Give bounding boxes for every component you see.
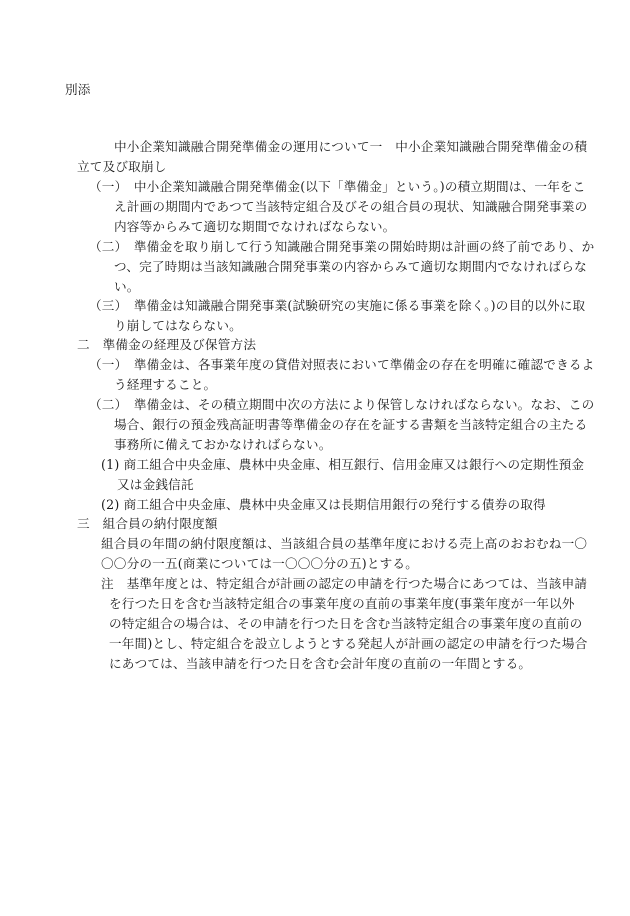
section2-item1-line2: う経理すること。 [114,375,216,395]
section3-note-line5: にあつては、当該申請を行つた日を含む会計年度の直前の一年間とする。 [109,654,531,674]
section3-body-line1: 組合員の年間の納付限度額は、当該組合員の基準年度における売上高のおおむね一〇 [101,534,587,554]
section2-sub2-line1: (2) 商工組合中央金庫、農林中央金庫又は長期信用銀行の発行する債券の取得 [101,495,546,515]
section3-note-line3: の特定組合の場合は、その申請を行つた日を含む当該特定組合の事業年度の直前の [109,614,582,634]
section1-item3-line2: り崩してはならない。 [114,316,242,336]
section2-item2-line2: 場合、銀行の預金残高証明書等準備金の存在を証する書類を当該特定組合の主たる [114,415,587,435]
section2-sub1-line1: (1) 商工組合中央金庫、農林中央金庫、相互銀行、信用金庫又は銀行への定期性預金 [101,455,584,475]
section2-item1-line1: （一） 準備金は、各事業年度の貸借対照表において準備金の存在を明確に確認できるよ [89,355,594,375]
section1-item2-line3: い。 [114,277,140,297]
section2-heading: 二 準備金の経理及び保管方法 [77,335,256,355]
document-page: 別添 中小企業知識融合開発準備金の運用について一 中小企業知識融合開発準備金の積… [0,0,630,916]
section1-item2-line1: （二） 準備金を取り崩して行う知識融合開発事業の開始時期は計画の終了前であり、か [89,237,594,257]
section2-sub1-line2: 又は金銭信託 [117,475,194,495]
document-title-line-1: 中小企業知識融合開発準備金の運用について一 中小企業知識融合開発準備金の積 [114,137,587,157]
section1-item1-line2: え計画の期間内であつて当該特定組合及びその組合員の現状、知識融合開発事業の [114,197,587,217]
section3-note-line2: を行つた日を含む当該特定組合の事業年度の直前の事業年度(事業年度が一年以外 [109,594,575,614]
section3-note-line4: 一年間)とし、特定組合を設立しようとする発起人が計画の認定の申請を行つた場合 [109,634,587,654]
section3-body-line2: 〇〇分の一五(商業については一〇〇〇分の五)とする。 [101,554,418,574]
section3-note-line1: 注 基準年度とは、特定組合が計画の認定の申請を行つた場合にあつては、当該申請 [101,574,587,594]
section1-item2-line2: つ、完了時期は当該知識融合開発事業の内容からみて適切な期間内でなければらな [114,257,587,277]
section2-item2-line1: （二） 準備金は、その積立期間中次の方法により保管しなければならない。なお、この [89,395,594,415]
section1-item1-line1: （一） 中小企業知識融合開発準備金(以下「準備金」という。)の積立期間は、一年を… [89,177,586,197]
section2-item2-line3: 事務所に備えておかなければらない。 [114,435,332,455]
section1-item1-line3: 内容等からみて適切な期間でなければならない。 [114,217,395,237]
attachment-label: 別添 [65,80,91,100]
section3-heading: 三 組合員の納付限度額 [77,514,218,534]
section1-item3-line1: （三） 準備金は知識融合開発事業(試験研究の実施に係る事業を除く。)の目的以外に… [89,296,585,316]
document-title-line-2: 立て及び取崩し [77,157,167,177]
